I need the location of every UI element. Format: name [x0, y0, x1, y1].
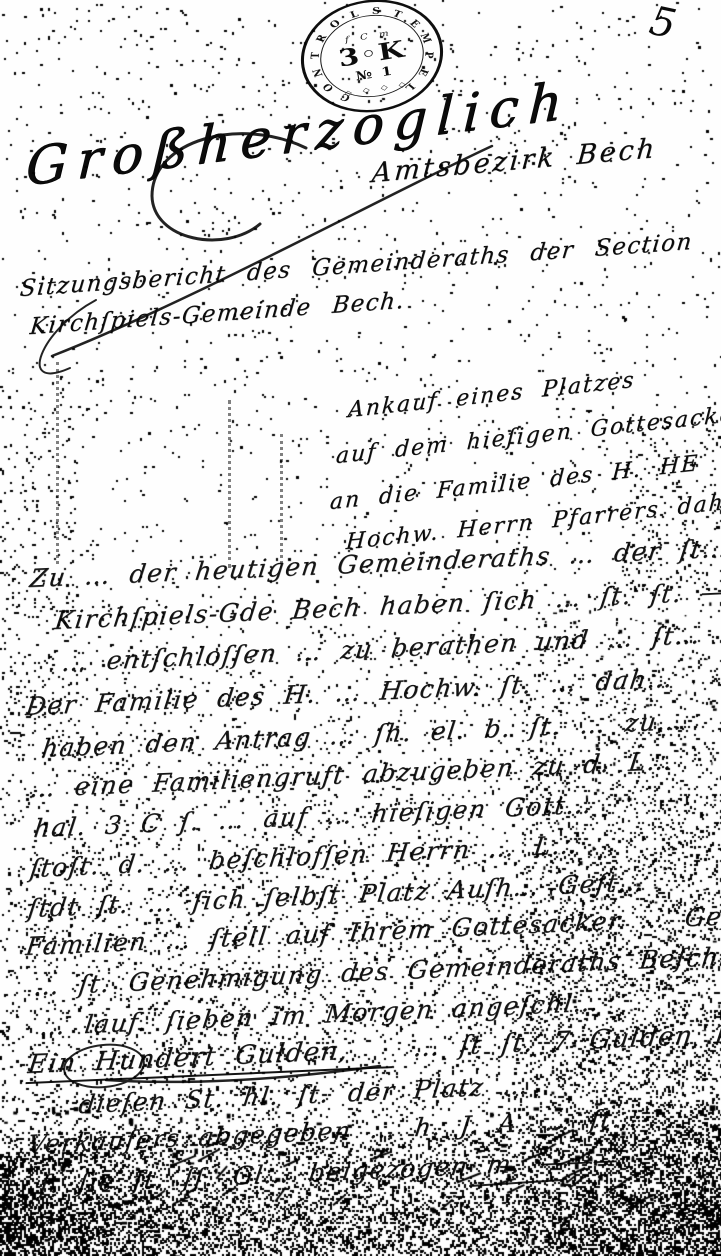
handwriting-text: Ankauf eines Platzes	[347, 368, 636, 424]
handwriting-layer: GroßherzoglichAmtsbezirk BechSitzungsber…	[0, 0, 721, 1256]
manuscript-page: GroßherzoglichAmtsbezirk BechSitzungsber…	[0, 0, 721, 1256]
subject-block-line: Ankauf eines Platzes	[347, 368, 636, 424]
handwriting-text: … ſt ſt. 7 Gulden 18ſ.	[393, 1018, 721, 1065]
handwriting-text: Ein Hundert Gulden,	[25, 1034, 396, 1084]
stamp-outer-ring: CONTROLSTEMPEL f C m 3◦K № 1 ◇ ◇ ◇ ◇	[293, 0, 452, 122]
stamp-body: CONTROLSTEMPEL f C m 3◦K № 1 ◇ ◇ ◇ ◇	[293, 0, 452, 122]
revenue-stamp: CONTROLSTEMPEL f C m 3◦K № 1 ◇ ◇ ◇ ◇	[294, 0, 450, 110]
